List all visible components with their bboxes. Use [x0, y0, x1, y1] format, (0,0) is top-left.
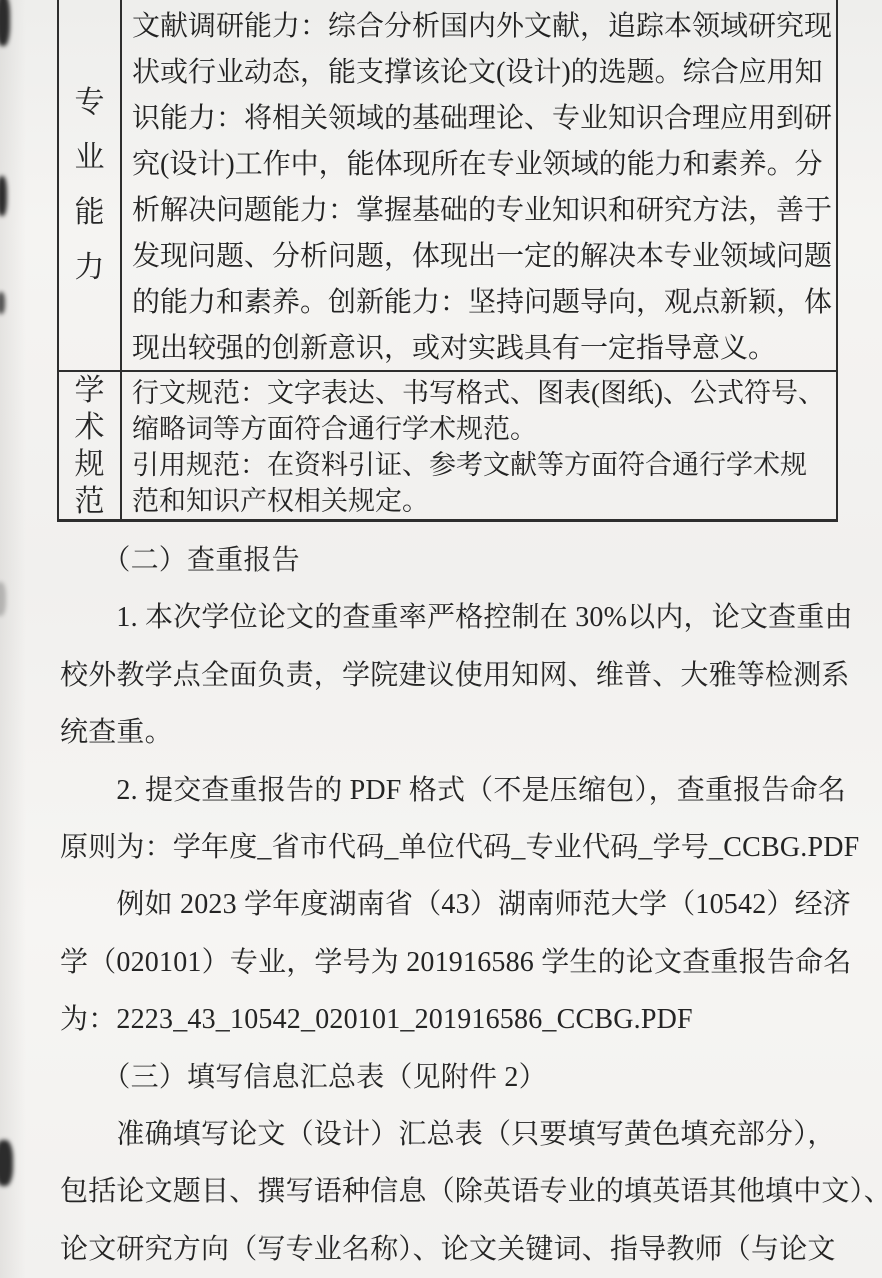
row-content-professional-ability: 文献调研能力：综合分析国内外文献，追踪本领域研究现状或行业动态，能支撑该论文(设…: [122, 0, 836, 370]
scan-artifact: [0, 292, 5, 314]
row-content-academic-norms: 行文规范：文字表达、书写格式、图表(图纸)、公式符号、缩略词等方面符合通行学术规…: [122, 372, 836, 519]
table-row-professional-ability: 专业能力 文献调研能力：综合分析国内外文献，追踪本领域研究现状或行业动态，能支撑…: [59, 0, 836, 372]
scan-artifact: [0, 0, 10, 46]
row-header-academic-norms: 学术规范: [59, 372, 122, 519]
evaluation-criteria-table: 专业能力 文献调研能力：综合分析国内外文献，追踪本领域研究现状或行业动态，能支撑…: [57, 0, 838, 522]
row-header-label: 学术规范: [75, 372, 105, 520]
table-row-academic-norms: 学术规范 行文规范：文字表达、书写格式、图表(图纸)、公式符号、缩略词等方面符合…: [59, 372, 836, 519]
document-body-text: （二）查重报告 1. 本次学位论文的查重率严格控制在 30%以内，论文查重由校外…: [60, 532, 860, 1278]
row-header-label: 专业能力: [75, 75, 105, 295]
document-page: 专业能力 文献调研能力：综合分析国内外文献，追踪本领域研究现状或行业动态，能支撑…: [0, 0, 882, 1278]
scan-artifact: [0, 1140, 13, 1186]
row-header-professional-ability: 专业能力: [59, 0, 122, 370]
scan-artifact: [0, 176, 7, 216]
